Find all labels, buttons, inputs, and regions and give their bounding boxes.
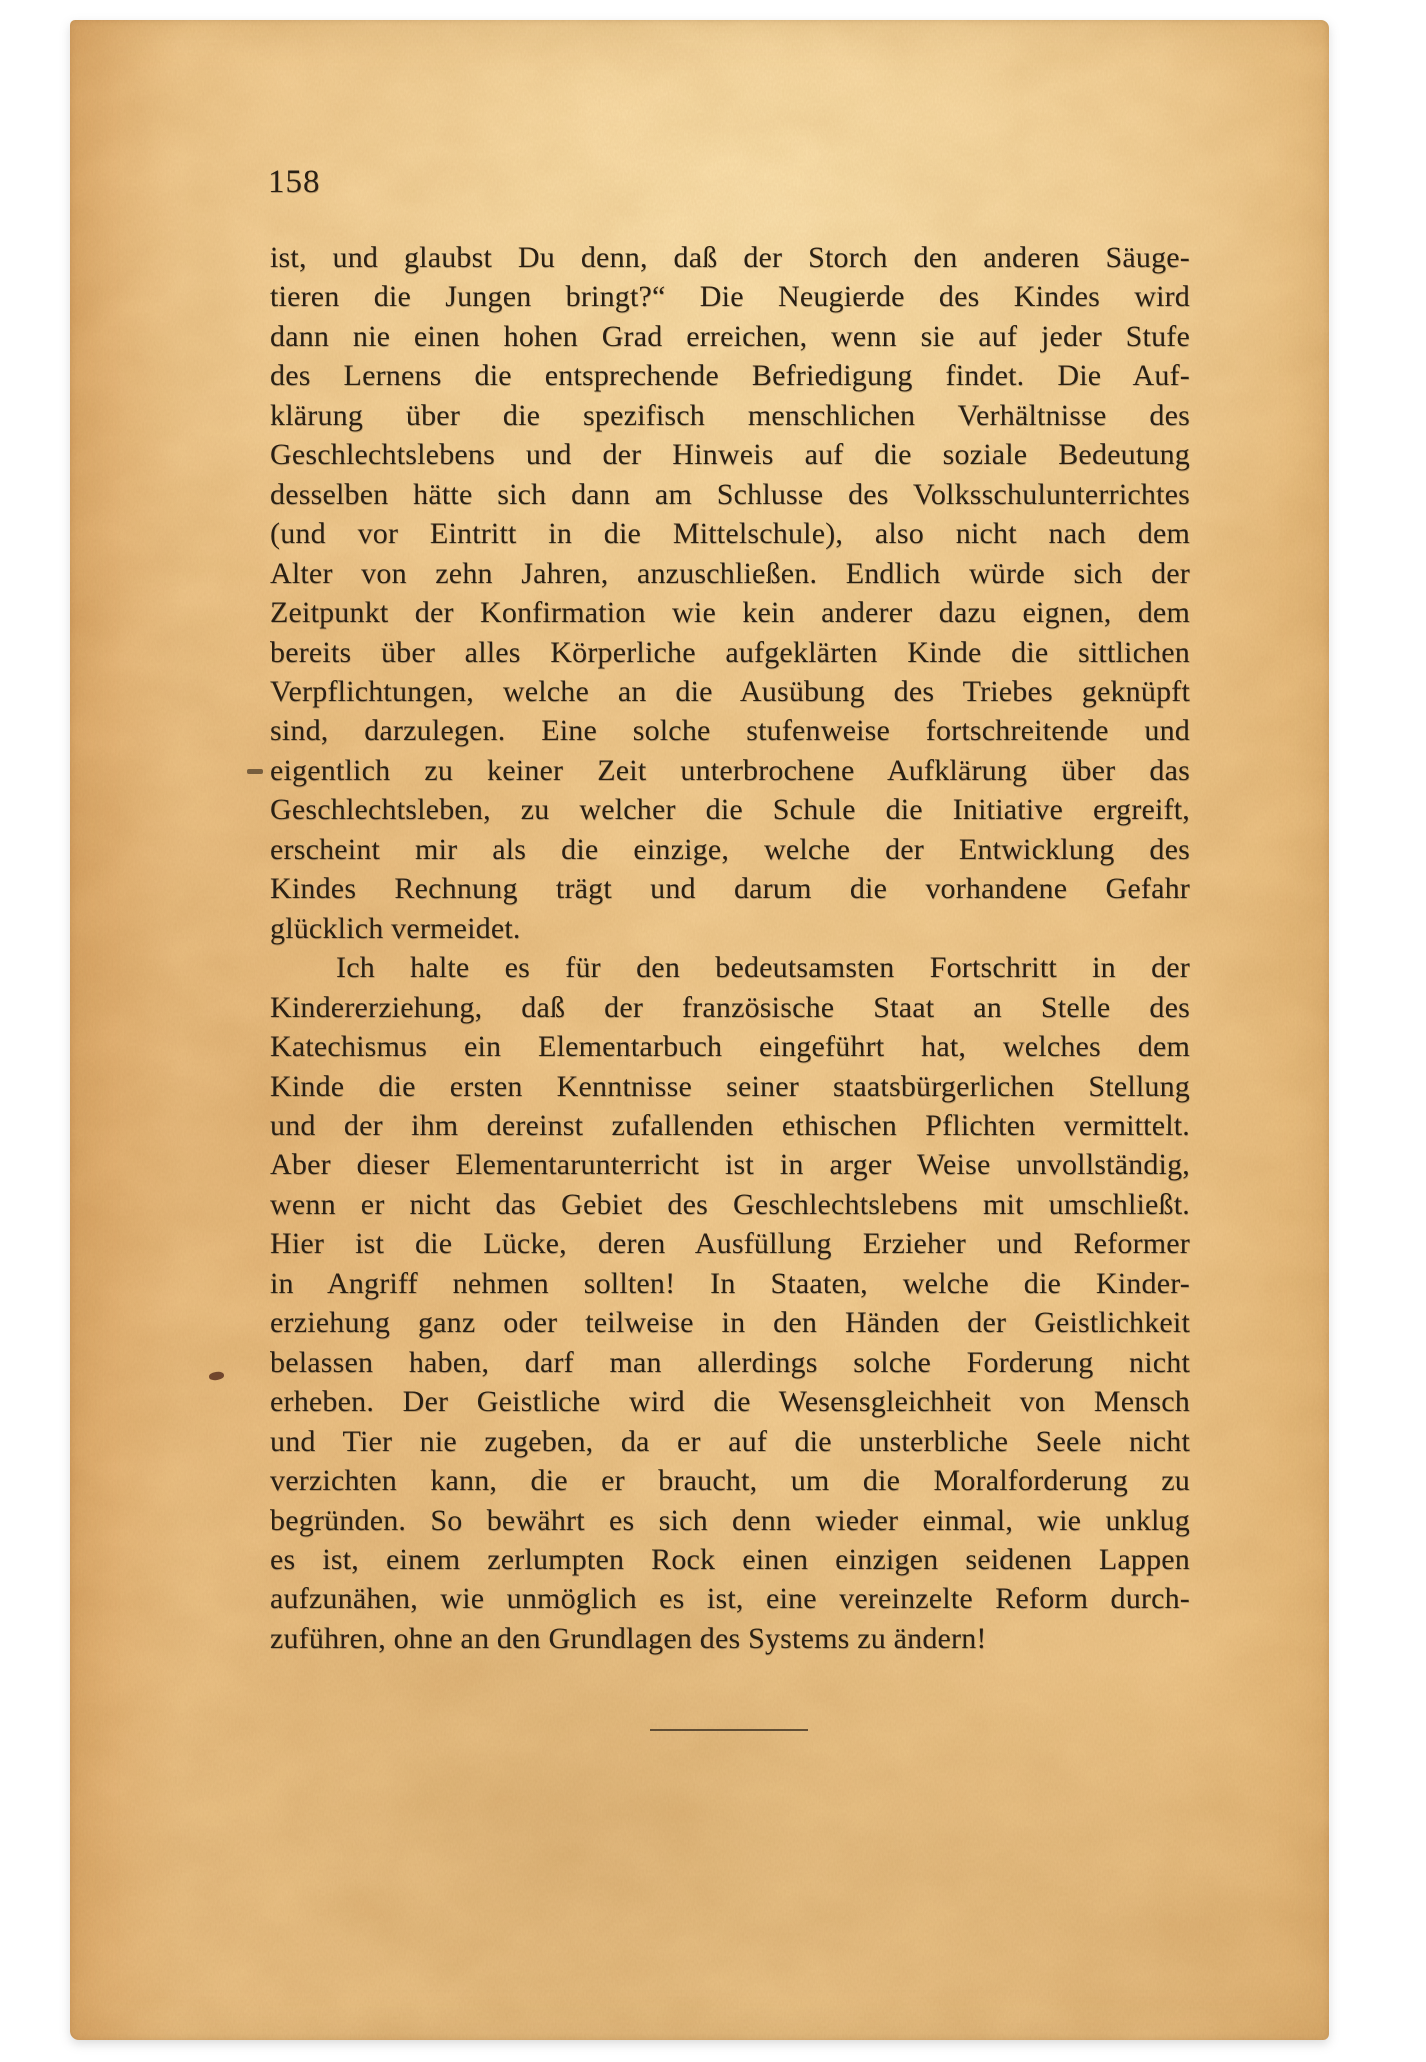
text-line: Zeitpunkt der Konfirmation wie kein ande… xyxy=(270,593,1190,632)
page-number: 158 xyxy=(268,166,321,199)
text-line: und Tier nie zugeben, da er auf die unst… xyxy=(270,1422,1190,1461)
text-line: Verpflichtungen, welche an die Ausübung … xyxy=(270,672,1190,711)
text-line: ist, und glaubst Du denn, daß der Storch… xyxy=(270,238,1190,277)
text-line: klärung über die spezifisch menschlichen… xyxy=(270,396,1190,435)
text-line: Alter von zehn Jahren, anzuschließen. En… xyxy=(270,554,1190,593)
text-line: Kindes Rechnung trägt und darum die vorh… xyxy=(270,869,1190,908)
text-line: Geschlechtsleben, zu welcher die Schule … xyxy=(270,790,1190,829)
text-line: Katechismus ein Elementarbuch eingeführt… xyxy=(270,1027,1190,1066)
body-text: ist, und glaubst Du denn, daß der Storch… xyxy=(270,238,1190,1658)
text-line: Ich halte es für den bedeutsamsten Forts… xyxy=(270,948,1190,987)
ink-dash xyxy=(247,769,263,774)
text-line: erziehung ganz oder teilweise in den Hän… xyxy=(270,1303,1190,1342)
text-line: erscheint mir als die einzige, welche de… xyxy=(270,830,1190,869)
text-line: und der ihm dereinst zufallenden ethisch… xyxy=(270,1106,1190,1145)
text-line: belassen haben, darf man allerdings solc… xyxy=(270,1343,1190,1382)
text-line: dann nie einen hohen Grad erreichen, wen… xyxy=(270,317,1190,356)
text-line: begründen. So bewährt es sich denn wiede… xyxy=(270,1501,1190,1540)
text-line: Geschlechtslebens und der Hinweis auf di… xyxy=(270,435,1190,474)
text-line: in Angriff nehmen sollten! In Staaten, w… xyxy=(270,1264,1190,1303)
text-line: tieren die Jungen bringt?“ Die Neugierde… xyxy=(270,277,1190,316)
text-line: verzichten kann, die er braucht, um die … xyxy=(270,1461,1190,1500)
text-line: es ist, einem zerlumpten Rock einen einz… xyxy=(270,1540,1190,1579)
paragraph: Ich halte es für den bedeutsamsten Forts… xyxy=(270,948,1190,1658)
text-line: eigentlich zu keiner Zeit unterbrochene … xyxy=(270,751,1190,790)
text-line: desselben hätte sich dann am Schlusse de… xyxy=(270,475,1190,514)
text-line: sind, darzulegen. Eine solche stufenweis… xyxy=(270,711,1190,750)
text-line: glücklich vermeidet. xyxy=(270,909,1190,948)
text-line: aufzunähen, wie unmöglich es ist, eine v… xyxy=(270,1579,1190,1618)
text-line: Aber dieser Elementarunterricht ist in a… xyxy=(270,1145,1190,1184)
text-line: des Lernens die entsprechende Befriedigu… xyxy=(270,356,1190,395)
text-line: bereits über alles Körperliche aufgeklär… xyxy=(270,633,1190,672)
text-line: wenn er nicht das Gebiet des Geschlechts… xyxy=(270,1185,1190,1224)
text-line: Kindererziehung, daß der französische St… xyxy=(270,988,1190,1027)
text-line: zuführen, ohne an den Grundlagen des Sys… xyxy=(270,1619,1190,1658)
text-line: (und vor Eintritt in die Mittelschule), … xyxy=(270,514,1190,553)
text-line: erheben. Der Geistliche wird die Wesensg… xyxy=(270,1382,1190,1421)
paragraph: ist, und glaubst Du denn, daß der Storch… xyxy=(270,238,1190,948)
text-line: Kinde die ersten Kenntnisse seiner staat… xyxy=(270,1067,1190,1106)
section-divider xyxy=(650,1729,808,1731)
text-line: Hier ist die Lücke, deren Ausfüllung Erz… xyxy=(270,1224,1190,1263)
